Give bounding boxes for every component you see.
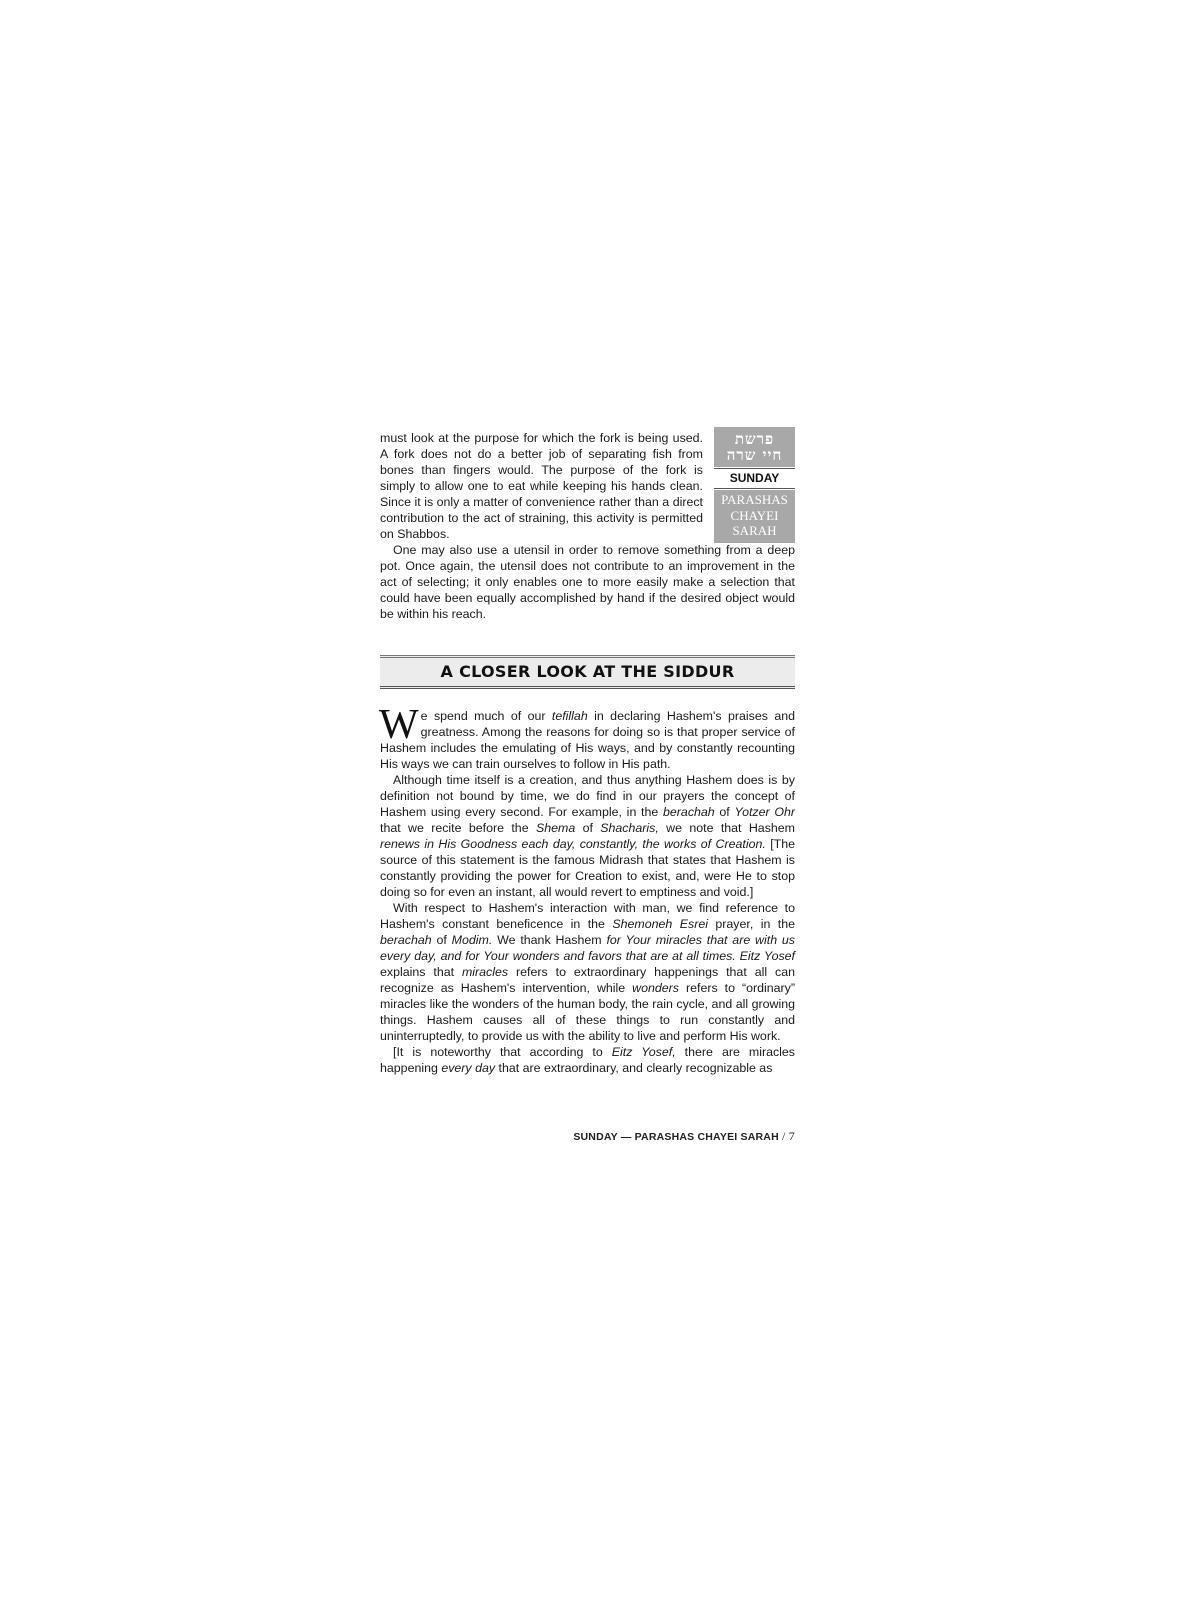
text: of	[432, 933, 452, 947]
italic-term: Eitz Yosef	[740, 949, 795, 963]
text: of	[575, 821, 600, 835]
section-heading: A CLOSER LOOK AT THE SIDDUR	[380, 655, 795, 689]
paragraph: We spend much of our tefillah in declari…	[380, 708, 795, 772]
italic-term: Shema	[536, 821, 575, 835]
parasha-line-2: CHAYEI	[714, 508, 795, 524]
paragraph: Although time itself is a creation, and …	[380, 772, 795, 900]
paragraph: One may also use a utensil in order to r…	[380, 542, 795, 622]
text: that are extraordinary, and clearly reco…	[495, 1061, 772, 1075]
italic-term: Shemoneh Esrei	[612, 917, 708, 931]
text: of	[715, 805, 735, 819]
page-footer: SUNDAY — PARASHAS CHAYEI SARAH / 7	[380, 1129, 795, 1144]
text: e spend much of our	[421, 709, 552, 723]
hebrew-line-2: חיי שרה	[714, 447, 795, 463]
paragraph: must look at the purpose for which the f…	[380, 430, 703, 542]
separator: /	[779, 1129, 789, 1143]
drop-cap: W	[379, 710, 419, 740]
parasha-sidebar-tab: פרשת חיי שרה SUNDAY PARASHAS CHAYEI SARA…	[714, 427, 795, 543]
italic-term: every day	[441, 1061, 495, 1075]
paragraph-text: One may also use a utensil in order to r…	[380, 543, 795, 621]
page-number: 7	[789, 1129, 795, 1143]
text: [It is noteworthy that according to	[393, 1045, 612, 1059]
parasha-line-1: PARASHAS	[714, 492, 795, 508]
hebrew-line-1: פרשת	[714, 431, 795, 447]
italic-term: tefillah	[552, 709, 588, 723]
hebrew-parasha-label: פרשת חיי שרה	[714, 427, 795, 467]
text: prayer, in the	[708, 917, 795, 931]
divider	[714, 468, 795, 469]
italic-term: Shacharis,	[600, 821, 659, 835]
italic-quote: renews in His Goodness each day, constan…	[380, 837, 766, 851]
book-page: פרשת חיי שרה SUNDAY PARASHAS CHAYEI SARA…	[380, 430, 795, 1076]
text: We thank Hashem	[492, 933, 606, 947]
english-parasha-label: PARASHAS CHAYEI SARAH	[714, 490, 795, 543]
italic-term: wonders	[632, 981, 679, 995]
running-head: SUNDAY — PARASHAS CHAYEI SARAH	[573, 1131, 779, 1143]
text: explains that	[380, 965, 462, 979]
text: we note that Hashem	[659, 821, 795, 835]
italic-term: berachah	[380, 933, 432, 947]
day-label: SUNDAY	[714, 470, 795, 487]
parasha-line-3: SARAH	[714, 523, 795, 539]
italic-term: Modim.	[452, 933, 493, 947]
italic-term: Yotzer Ohr	[734, 805, 795, 819]
paragraph: [It is noteworthy that according to Eitz…	[380, 1044, 795, 1076]
text: that we recite before the	[380, 821, 536, 835]
italic-term: Eitz Yosef,	[612, 1045, 676, 1059]
italic-term: miracles	[462, 965, 508, 979]
section-body: We spend much of our tefillah in declari…	[380, 708, 795, 1076]
divider	[714, 488, 795, 489]
italic-term: berachah	[663, 805, 715, 819]
top-section: פרשת חיי שרה SUNDAY PARASHAS CHAYEI SARA…	[380, 430, 795, 622]
paragraph: With respect to Hashem's interaction wit…	[380, 900, 795, 1044]
